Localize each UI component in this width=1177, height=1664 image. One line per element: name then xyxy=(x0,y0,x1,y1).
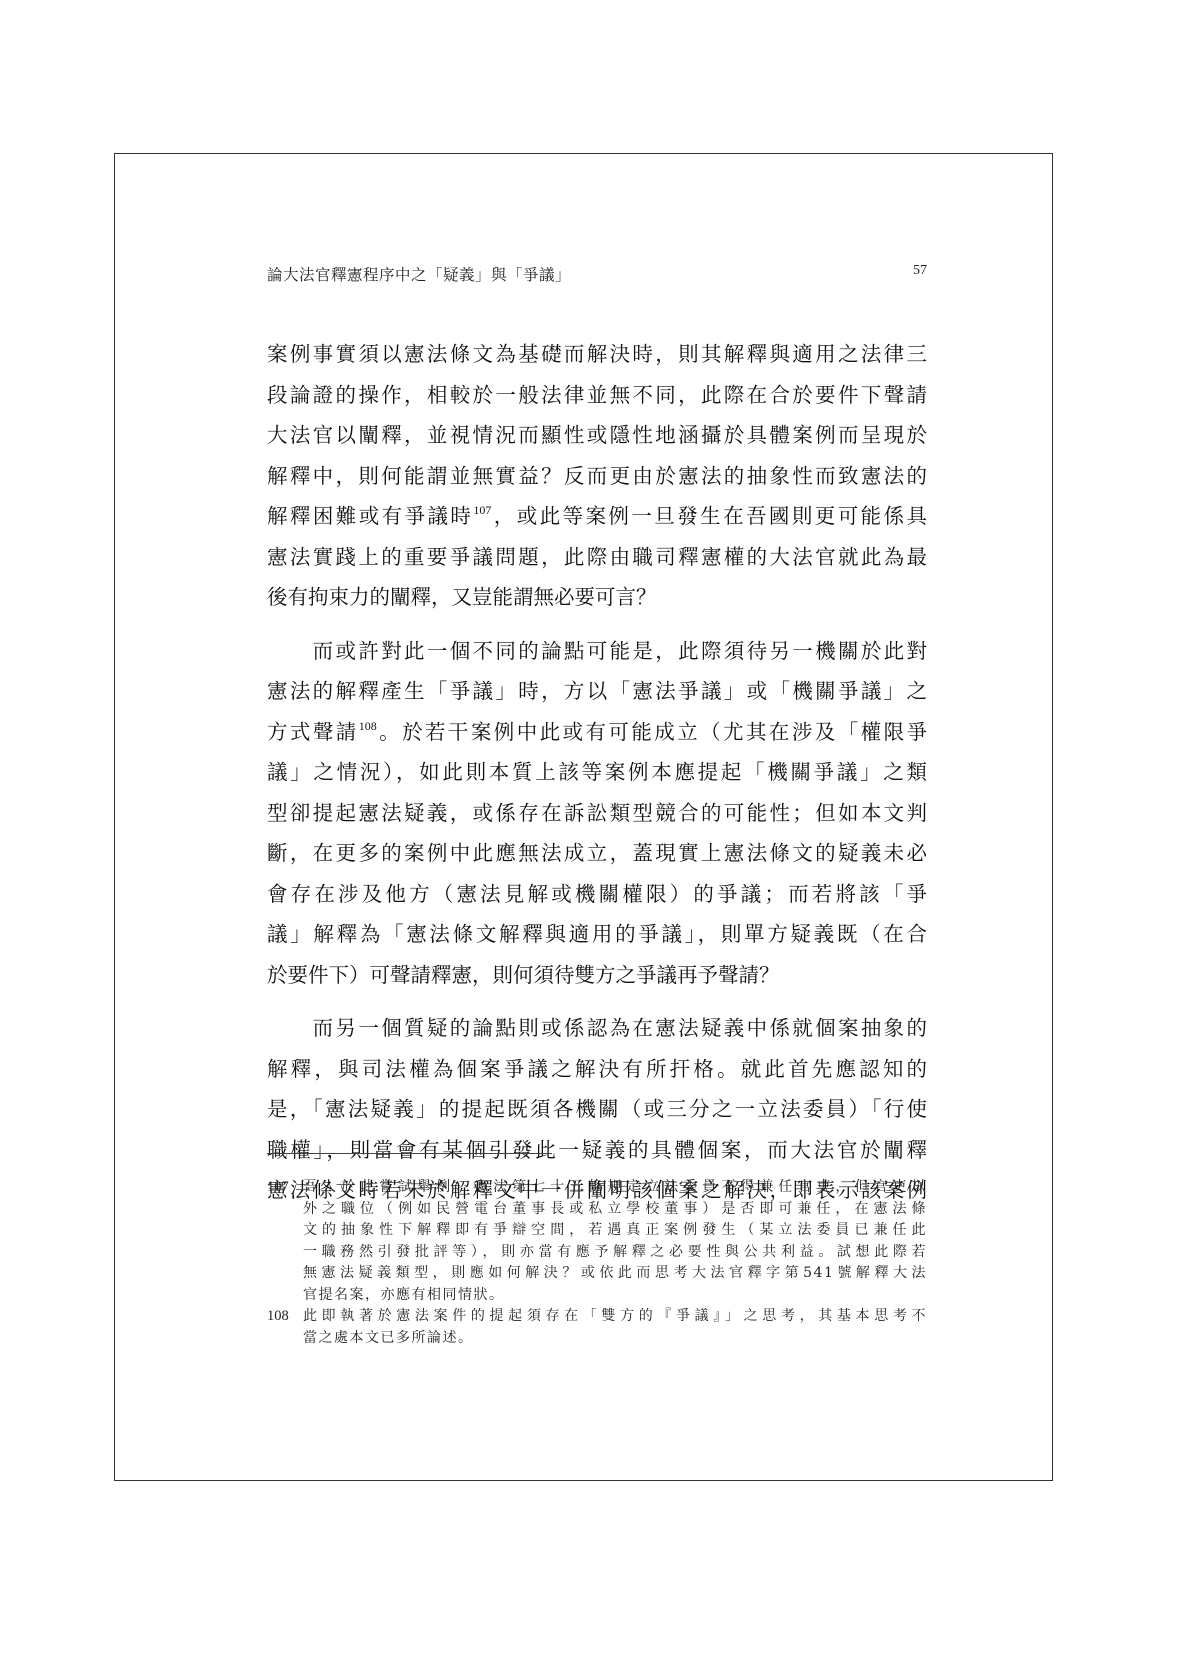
text-line: 案例事實須以憲法條文為基礎而解決時，則其解釋與適用之法律三 xyxy=(267,334,927,375)
running-header: 論大法官釋憲程序中之「疑義」與「爭議」 57 xyxy=(267,263,927,287)
text-segment: 解釋困難或有爭議時 xyxy=(267,504,473,528)
footnote-line: 外之職位（例如民營電台董事長或私立學校董事）是否即可兼任，在憲法條 xyxy=(303,1199,927,1221)
footnote-line: 無憲法疑義類型，則應如何解決？或依此而思考大法官釋字第541號解釋大法 xyxy=(303,1263,927,1285)
text-line: 於要件下）可聲請釋憲，則何須待雙方之爭議再予聲請？ xyxy=(267,955,927,996)
text-line: 議」之情況），如此則本質上該等案例本應提起「機關爭議」之類 xyxy=(267,752,927,793)
text-segment: 。於若干案例中此或有可能成立（尤其在涉及「權限爭 xyxy=(377,720,927,744)
page-number: 57 xyxy=(913,263,927,279)
footnote-108: 108 此即執著於憲法案件的提起須存在「雙方的『爭議』」之思考，其基本思考不 當… xyxy=(267,1306,927,1349)
text-line: 而另一個質疑的論點則或係認為在憲法疑義中係就個案抽象的 xyxy=(267,1008,927,1049)
text-line: 議」解釋為「憲法條文解釋與適用的爭議」，則單方疑義既（在合 xyxy=(267,914,927,955)
text-line: 大法官以闡釋，並視情況而顯性或隱性地涵攝於具體案例而呈現於 xyxy=(267,415,927,456)
footnote-ref-107[interactable]: 107 xyxy=(473,503,491,517)
footnote-line: 當之處本文已多所論述。 xyxy=(303,1328,927,1350)
text-line: 會存在涉及他方（憲法見解或機關權限）的爭議；而若將該「爭 xyxy=(267,874,927,915)
paragraph: 而或許對此一個不同的論點可能是，此際須待另一機關於此對 憲法的解釋產生「爭議」時… xyxy=(267,631,927,996)
text-segment: 方式聲請 xyxy=(267,720,359,744)
paragraph: 案例事實須以憲法條文為基礎而解決時，則其解釋與適用之法律三 段論證的操作，相較於… xyxy=(267,334,927,618)
body-text: 案例事實須以憲法條文為基礎而解決時，則其解釋與適用之法律三 段論證的操作，相較於… xyxy=(267,334,927,1211)
footnote-number: 108 xyxy=(267,1306,289,1328)
footnote-line: 一職務然引發批評等），則亦當有應予解釋之必要性與公共利益。試想此際若 xyxy=(303,1242,927,1264)
footnote-line: 官提名案，亦應有相同情狀。 xyxy=(303,1285,927,1307)
paragraph-gap xyxy=(267,995,927,1008)
footnote-line: 此即執著於憲法案件的提起須存在「雙方的『爭議』」之思考，其基本思考不 xyxy=(303,1306,927,1328)
text-line: 方式聲請108。於若干案例中此或有可能成立（尤其在涉及「權限爭 xyxy=(267,712,927,753)
text-line: 解釋中，則何能謂並無實益？反而更由於憲法的抽象性而致憲法的 xyxy=(267,456,927,497)
footnotes: 107 吾人於此嘗試舉例：憲法第七十五條規定立法委員不得兼任官吏，但官吏以 外之… xyxy=(267,1177,927,1349)
text-line: 解釋困難或有爭議時107，或此等案例一旦發生在吾國則更可能係具 xyxy=(267,496,927,537)
footnote-ref-108[interactable]: 108 xyxy=(359,719,377,733)
text-line: 憲法實踐上的重要爭議問題，此際由職司釋憲權的大法官就此為最 xyxy=(267,537,927,578)
footnote-line: 文的抽象性下解釋即有爭辯空間，若遇真正案例發生（某立法委員已兼任此 xyxy=(303,1220,927,1242)
footnote-separator xyxy=(267,1153,552,1154)
text-line: 型卻提起憲法疑義，或係存在訴訟類型競合的可能性；但如本文判 xyxy=(267,793,927,834)
text-line: 職權」，則當會有某個引發此一疑義的具體個案，而大法官於闡釋 xyxy=(267,1130,927,1171)
text-line: 解釋，與司法權為個案爭議之解決有所扞格。就此首先應認知的 xyxy=(267,1049,927,1090)
running-header-title: 論大法官釋憲程序中之「疑義」與「爭議」 xyxy=(267,263,571,285)
footnote-number: 107 xyxy=(267,1177,289,1199)
footnote-107: 107 吾人於此嘗試舉例：憲法第七十五條規定立法委員不得兼任官吏，但官吏以 外之… xyxy=(267,1177,927,1306)
text-line: 是，「憲法疑義」的提起既須各機關（或三分之一立法委員）「行使 xyxy=(267,1089,927,1130)
text-line: 後有拘束力的闡釋，又豈能謂無必要可言？ xyxy=(267,577,927,618)
text-line: 段論證的操作，相較於一般法律並無不同，此際在合於要件下聲請 xyxy=(267,375,927,416)
footnote-line: 吾人於此嘗試舉例：憲法第七十五條規定立法委員不得兼任官吏，但官吏以 xyxy=(303,1177,927,1199)
text-line: 而或許對此一個不同的論點可能是，此際須待另一機關於此對 xyxy=(267,631,927,672)
text-segment: ，或此等案例一旦發生在吾國則更可能係具 xyxy=(491,504,927,528)
paragraph-gap xyxy=(267,618,927,631)
text-line: 斷，在更多的案例中此應無法成立，蓋現實上憲法條文的疑義未必 xyxy=(267,833,927,874)
text-line: 憲法的解釋產生「爭議」時，方以「憲法爭議」或「機關爭議」之 xyxy=(267,671,927,712)
